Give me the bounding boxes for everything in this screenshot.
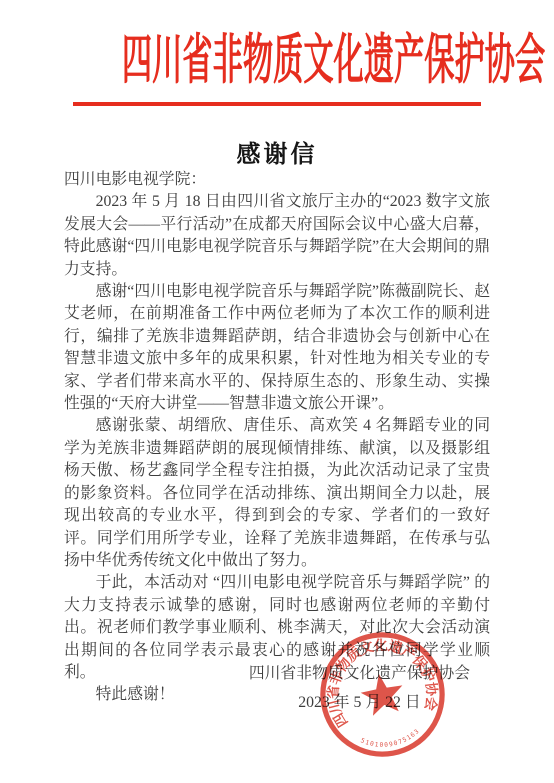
letter-title: 感谢信 xyxy=(0,134,554,169)
seal-serial-number-text: 5101009075163 xyxy=(358,727,422,753)
letter-page: 四川省非物质文化遗产保护协会 感谢信 四川电影电视学院： 2023 年 5 月 … xyxy=(0,0,554,783)
letter-body: 四川电影电视学院： 2023 年 5 月 18 日由四川省文旅厅主办的“2023… xyxy=(64,169,490,707)
salutation: 四川电影电视学院： xyxy=(64,169,490,191)
letterhead-org-name: 四川省非物质文化遗产保护协会 xyxy=(122,31,432,90)
paragraph-3: 感谢张蒙、胡缙欣、唐佳乐、高欢笑 4 名舞蹈专业的同学为羌族非遗舞蹈萨朗的展现倾… xyxy=(64,415,490,572)
signature-org-name: 四川省非物质文化遗产保护协会 xyxy=(249,663,470,685)
letterhead-rule xyxy=(73,102,481,106)
paragraph-1: 2023 年 5 月 18 日由四川省文旅厅主办的“2023 数字文旅发展大会—… xyxy=(64,191,490,281)
paragraph-2: 感谢“四川电影电视学院音乐与舞蹈学院”陈薇副院长、赵艾老师，在前期准备工作中两位… xyxy=(64,281,490,415)
signature-date: 2023 年 5 月 22 日 xyxy=(249,692,470,714)
signature-block: 四川省非物质文化遗产保护协会 2023 年 5 月 22 日 xyxy=(249,663,470,714)
